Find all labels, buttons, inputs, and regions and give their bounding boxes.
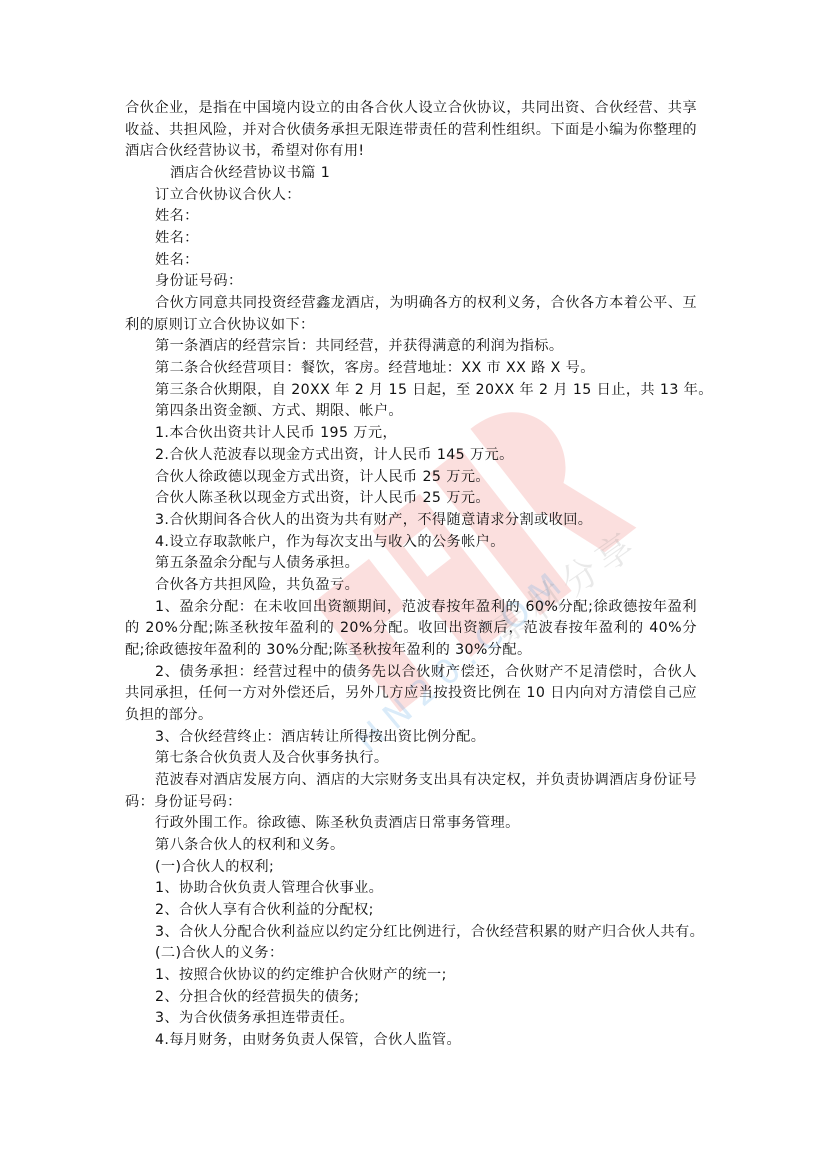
document-body: 合伙企业，是指在中国境内设立的由各合伙人设立合伙协议，共同出资、合伙经营、共享收… xyxy=(125,98,697,1052)
admin-duties: 行政外围工作。徐政德、陈圣秋负责酒店日常事务管理。 xyxy=(125,813,697,835)
article-7: 第七条合伙负责人及合伙事务执行。 xyxy=(125,748,697,770)
article-4: 第四条出资金额、方式、期限、帐户。 xyxy=(125,401,697,423)
id-number-field: 身份证号码： xyxy=(125,271,697,293)
article-1: 第一条酒店的经营宗旨：共同经营，并获得满意的利润为指标。 xyxy=(125,336,697,358)
document-title: 酒店合伙经营协议书篇 1 xyxy=(125,163,697,185)
partners-heading: 订立合伙协议合伙人： xyxy=(125,185,697,207)
duty-1: 1、按照合伙协议的约定维护合伙财产的统一; xyxy=(125,965,697,987)
debt-paragraph: 2、债务承担：经营过程中的债务先以合伙财产偿还，合伙财产不足清偿时，合伙人共同承… xyxy=(125,662,697,727)
rights-heading: (一)合伙人的权利; xyxy=(125,857,697,879)
article-4-item-3: 3.合伙期间各合伙人的出资为共有财产，不得随意请求分割或收回。 xyxy=(125,510,697,532)
article-2: 第二条合伙经营项目：餐饮，客房。经营地址：XX 市 XX 路 X 号。 xyxy=(125,358,697,380)
article-3: 第三条合伙期限，自 20XX 年 2 月 15 日起，至 20XX 年 2 月 … xyxy=(125,380,697,402)
name-field-2: 姓名： xyxy=(125,228,697,250)
right-2: 2、合伙人享有合伙利益的分配权; xyxy=(125,900,697,922)
article-4-item-1: 1.本合伙出资共计人民币 195 万元， xyxy=(125,423,697,445)
manager-paragraph: 范波春对酒店发展方向、酒店的大宗财务支出具有决定权，并负责协调酒店身份证号码：身… xyxy=(125,770,697,813)
article-5-summary: 合伙各方共担风险，共负盈亏。 xyxy=(125,575,697,597)
article-8: 第八条合伙人的权利和义务。 xyxy=(125,835,697,857)
name-field-3: 姓名： xyxy=(125,250,697,272)
profit-split-paragraph: 1、盈余分配：在未收回出资额期间，范波春按年盈利的 60%分配;徐政德按年盈利的… xyxy=(125,597,697,662)
article-4-item-2: 2.合伙人范波春以现金方式出资，计人民币 145 万元。 xyxy=(125,445,697,467)
article-4-item-2c: 合伙人陈圣秋以现金方式出资，计人民币 25 万元。 xyxy=(125,488,697,510)
duty-4: 4.每月财务，由财务负责人保管，合伙人监管。 xyxy=(125,1030,697,1052)
termination-clause: 3、合伙经营终止：酒店转让所得按出资比例分配。 xyxy=(125,727,697,749)
preamble-paragraph: 合伙方同意共同投资经营鑫龙酒店，为明确各方的权利义务，合伙各方本着公平、互利的原… xyxy=(125,293,697,336)
name-field-1: 姓名： xyxy=(125,206,697,228)
duty-2: 2、分担合伙的经营损失的债务; xyxy=(125,987,697,1009)
article-4-item-4: 4.设立存取款帐户，作为每次支出与收入的公务帐户。 xyxy=(125,532,697,554)
right-1: 1、协助合伙负责人管理合伙事业。 xyxy=(125,878,697,900)
right-3: 3、合伙人分配合伙利益应以约定分红比例进行，合伙经营积累的财产归合伙人共有。 xyxy=(125,922,697,944)
article-5: 第五条盈余分配与人债务承担。 xyxy=(125,553,697,575)
article-4-item-2b: 合伙人徐政德以现金方式出资，计人民币 25 万元。 xyxy=(125,467,697,489)
intro-paragraph: 合伙企业，是指在中国境内设立的由各合伙人设立合伙协议，共同出资、合伙经营、共享收… xyxy=(125,98,697,163)
duties-heading: (二)合伙人的义务： xyxy=(125,943,697,965)
duty-3: 3、为合伙债务承担连带责任。 xyxy=(125,1008,697,1030)
